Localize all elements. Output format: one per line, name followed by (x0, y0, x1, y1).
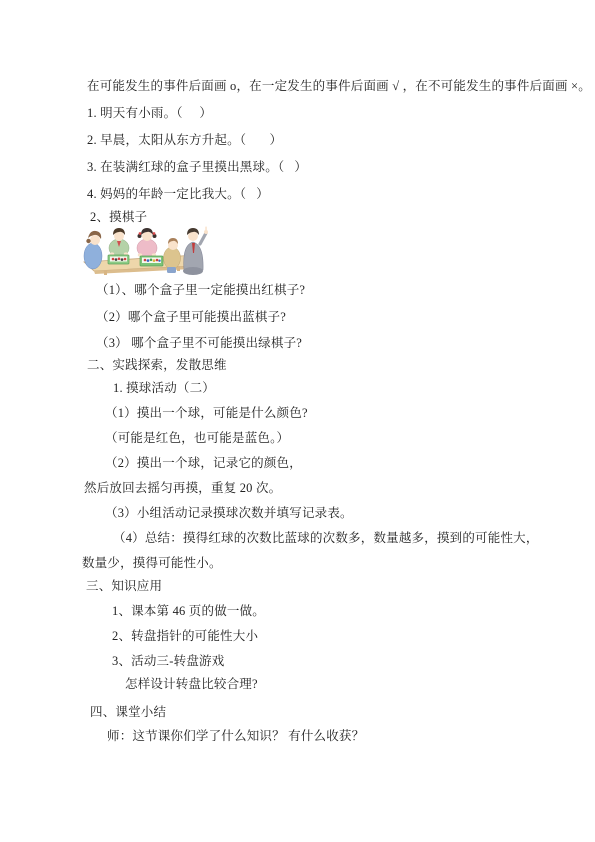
activity-step-4-summary: （4）总结：摸得红球的次数比蓝球的次数多，数量越多，摸到的可能性大， (113, 531, 539, 546)
sub-question-3: （3） 哪个盒子里不可能摸出绿棋子? (96, 336, 302, 351)
activity-heading: 1. 摸球活动（二） (113, 381, 215, 396)
application-item-3: 3、活动三-转盘游戏 (112, 654, 224, 669)
activity-step-1-answer: （可能是红色，也可能是蓝色。） (105, 431, 289, 446)
activity-step-2: （2）摸出一个球，记录它的颜色， (105, 456, 302, 471)
activity-step-2-cont: 然后放回去摇匀再摸，重复 20 次。 (84, 481, 281, 496)
sub-question-2: （2）哪个盒子里可能摸出蓝棋子? (96, 310, 286, 325)
box-red-pieces (108, 255, 129, 264)
section-heading-summary: 四、课堂小结 (90, 705, 166, 720)
section-heading-practice: 二、实践探索，发散思维 (87, 358, 227, 373)
girl-blue (84, 231, 102, 269)
girl-pink (137, 228, 157, 257)
question-4: 4. 妈妈的年龄一定比我大。（ ） (87, 187, 269, 202)
question-3: 3. 在装满红球的盒子里摸出黑球。（ ） (87, 160, 307, 175)
question-1: 1. 明天有小雨。（ ） (87, 106, 212, 121)
children-picking-pieces-illustration (80, 224, 210, 276)
application-item-1: 1、课本第 46 页的做一做。 (112, 604, 265, 619)
application-item-2: 2、转盘指针的可能性大小 (112, 629, 258, 644)
activity-step-1: （1）摸出一个球，可能是什么颜色? (105, 406, 308, 421)
activity-step-4-cont: 数量少，摸得可能性小。 (82, 556, 222, 571)
teacher (183, 227, 208, 276)
section-heading-application: 三、知识应用 (86, 579, 162, 594)
teacher-question: 师：这节课你们学了什么知识？ 有什么收获？ (107, 729, 364, 744)
application-item-3-question: 怎样设计转盘比较合理? (125, 677, 258, 692)
instruction-line: 在可能发生的事件后面画 o，在一定发生的事件后面画 √ ，在不可能发生的事件后面… (87, 79, 591, 94)
question-2: 2. 早晨，太阳从东方升起。（ ） (87, 133, 282, 148)
activity-step-3: （3）小组活动记录摸球次数并填写记录表。 (105, 506, 353, 521)
boy-green (109, 228, 129, 257)
document-page: 在可能发生的事件后面画 o，在一定发生的事件后面画 √ ，在不可能发生的事件后面… (0, 0, 595, 842)
heading-mo-qizi: 2、摸棋子 (90, 210, 147, 225)
box-mixed-pieces (140, 256, 163, 266)
sub-question-1: （1）、哪个盒子里一定能摸出红棋子? (96, 283, 305, 298)
